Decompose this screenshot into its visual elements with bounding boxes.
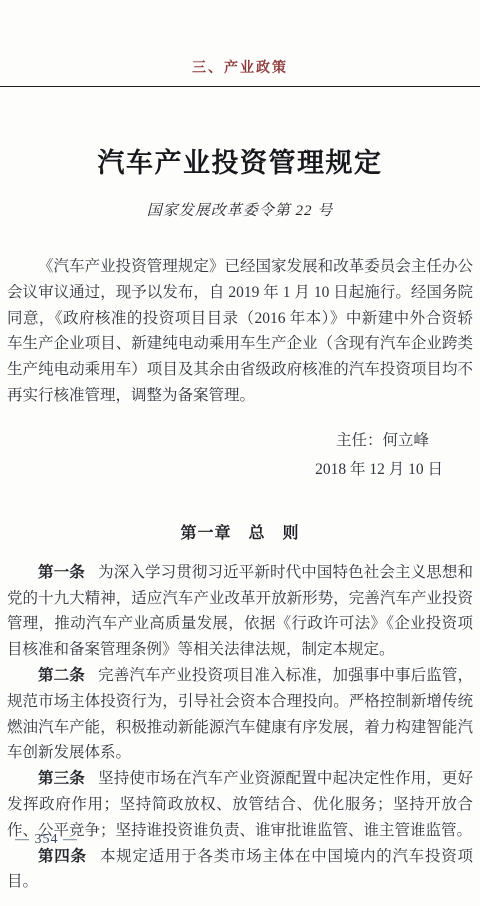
header-rule (0, 86, 480, 87)
article-label-2: 第二条 (38, 667, 85, 684)
signature-block: 主任：何立峰 2018 年 12 月 10 日 (7, 426, 473, 484)
article-label-3: 第三条 (38, 770, 85, 787)
signature-name: 主任：何立峰 (336, 426, 443, 455)
document-subtitle: 国家发展改革委令第 22 号 (0, 199, 480, 220)
running-head: 三、产业政策 (0, 0, 480, 87)
article-paragraph-2: 第二条完善汽车产业投资项目准入标准，加强事中事后监管，规范市场主体投资行为，引导… (7, 663, 473, 766)
chapter-heading: 第一章 总 则 (7, 520, 473, 543)
article-label-4: 第四条 (38, 848, 87, 865)
document-body: 《汽车产业投资管理规定》已经国家发展和改革委员会主任办公会议审议通过，现予以发布… (0, 254, 480, 895)
article-paragraph-4: 第四条本规定适用于各类市场主体在中国境内的汽车投资项目。 (7, 844, 473, 896)
document-title: 汽车产业投资管理规定 (0, 141, 480, 180)
article-label-1: 第一条 (38, 564, 85, 581)
section-header-label: 三、产业政策 (192, 61, 288, 76)
article-paragraph-1: 第一条为深入学习贯彻习近平新时代中国特色社会主义思想和党的十九大精神，适应汽车产… (7, 560, 473, 663)
document-page: 三、产业政策 汽车产业投资管理规定 国家发展改革委令第 22 号 《汽车产业投资… (0, 0, 480, 906)
signature-date: 2018 年 12 月 10 日 (315, 455, 443, 484)
page-number: — 354 — (15, 832, 78, 848)
intro-paragraph: 《汽车产业投资管理规定》已经国家发展和改革委员会主任办公会议审议通过，现予以发布… (7, 254, 473, 409)
